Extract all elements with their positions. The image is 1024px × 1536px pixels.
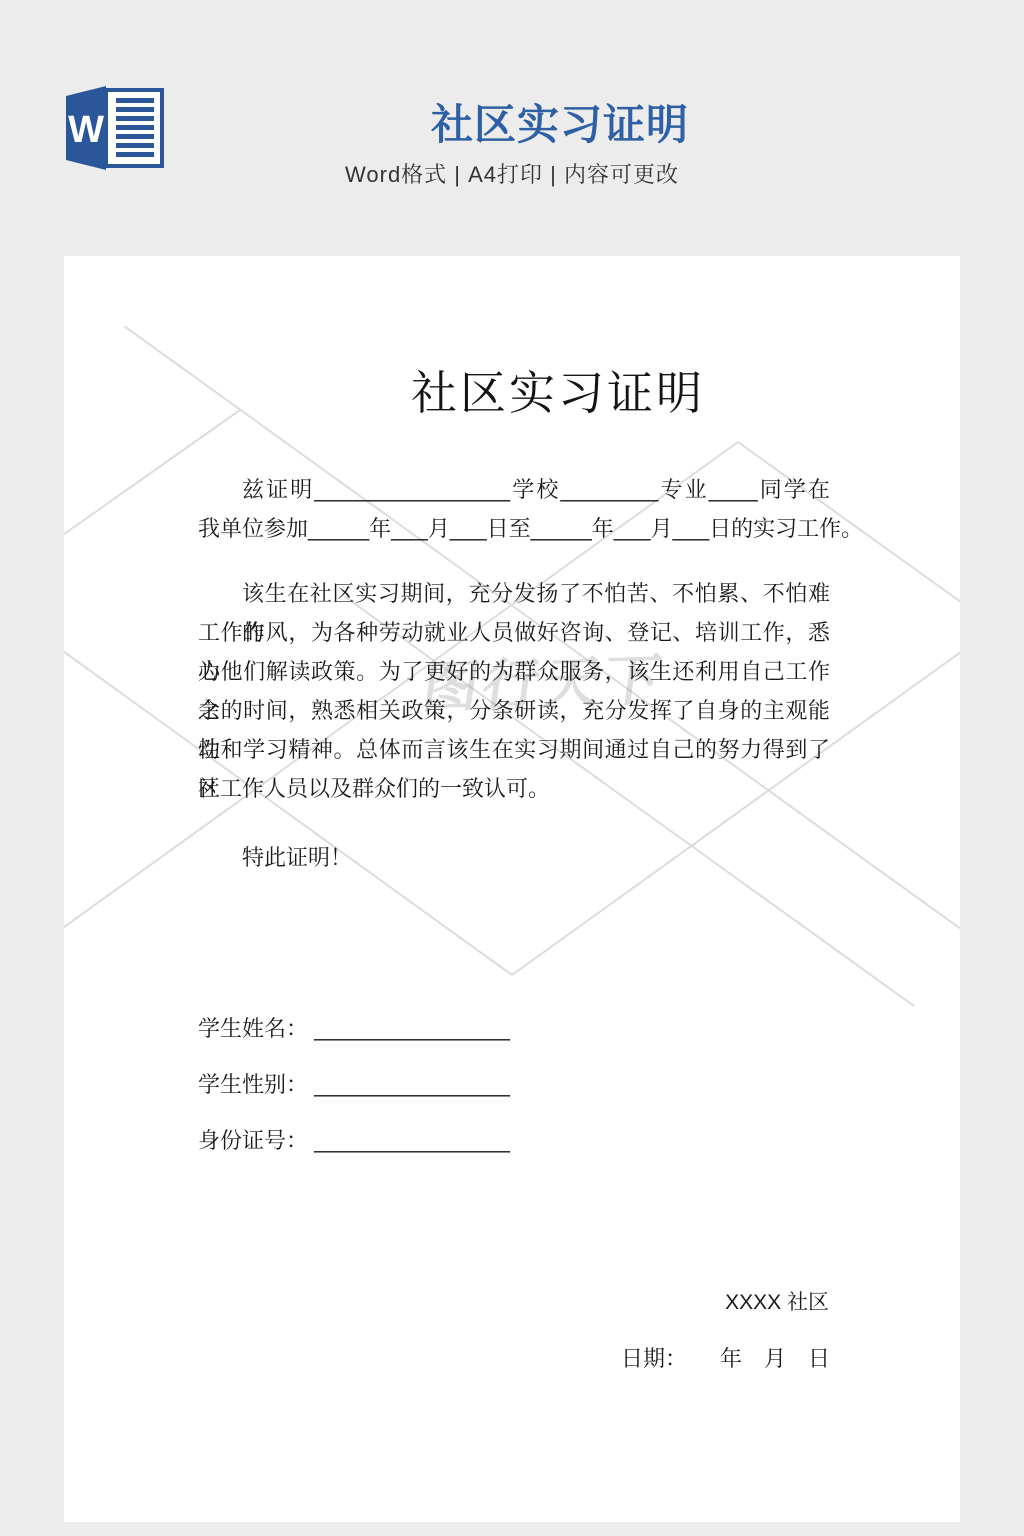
field-student-name: 学生姓名： ________________ <box>198 1012 510 1043</box>
paragraph-body: 该生在社区实习期间，充分发扬了不怕苦、不怕累、不怕难的 工作作风，为各种劳动就业… <box>198 574 830 808</box>
text-line: 区工作人员以及群众们的一致认可。 <box>198 769 830 808</box>
document-title: 社区实习证明 <box>64 357 960 423</box>
text-line: 该生在社区实习期间，充分发扬了不怕苦、不怕累、不怕难的 <box>198 574 830 613</box>
text-line: 性和学习精神。总体而言该生在实习期间通过自己的努力得到了社 <box>198 730 830 769</box>
text-line: 为他们解读政策。为了更好的为群众服务，该生还利用自己工作之 <box>198 652 830 691</box>
text-line: 我单位参加_____年___月___日至_____年___月___日的实习工作。 <box>198 509 830 548</box>
watermark-lines <box>64 256 960 1522</box>
text-line: 兹证明________________学校________专业____同学在 <box>198 470 830 509</box>
header: W 社区实习证明 Word格式 | A4打印 | 内容可更改 <box>0 0 1024 256</box>
closing-statement: 特此证明！ <box>242 838 352 877</box>
field-id-number: 身份证号： ________________ <box>198 1124 510 1155</box>
text-line: 工作作风，为各种劳动就业人员做好咨询、登记、培训工作，悉心 <box>198 613 830 652</box>
header-title: 社区实习证明 <box>0 92 1024 152</box>
field-student-gender: 学生性别： ________________ <box>198 1068 510 1099</box>
signature-community: XXXX 社区 <box>725 1286 829 1316</box>
header-subtitle: Word格式 | A4打印 | 内容可更改 <box>0 158 1024 189</box>
text-line: 余的时间，熟悉相关政策，分条研读，充分发挥了自身的主观能动 <box>198 691 830 730</box>
template-preview: W 社区实习证明 Word格式 | A4打印 | 内容可更改 图行天下 社区实习… <box>0 0 1024 1536</box>
date-line: 日期： 年 月 日 <box>621 1342 830 1373</box>
paragraph-intro: 兹证明________________学校________专业____同学在 我… <box>198 470 830 548</box>
document-page: 图行天下 社区实习证明 兹证明________________学校_______… <box>64 256 960 1522</box>
